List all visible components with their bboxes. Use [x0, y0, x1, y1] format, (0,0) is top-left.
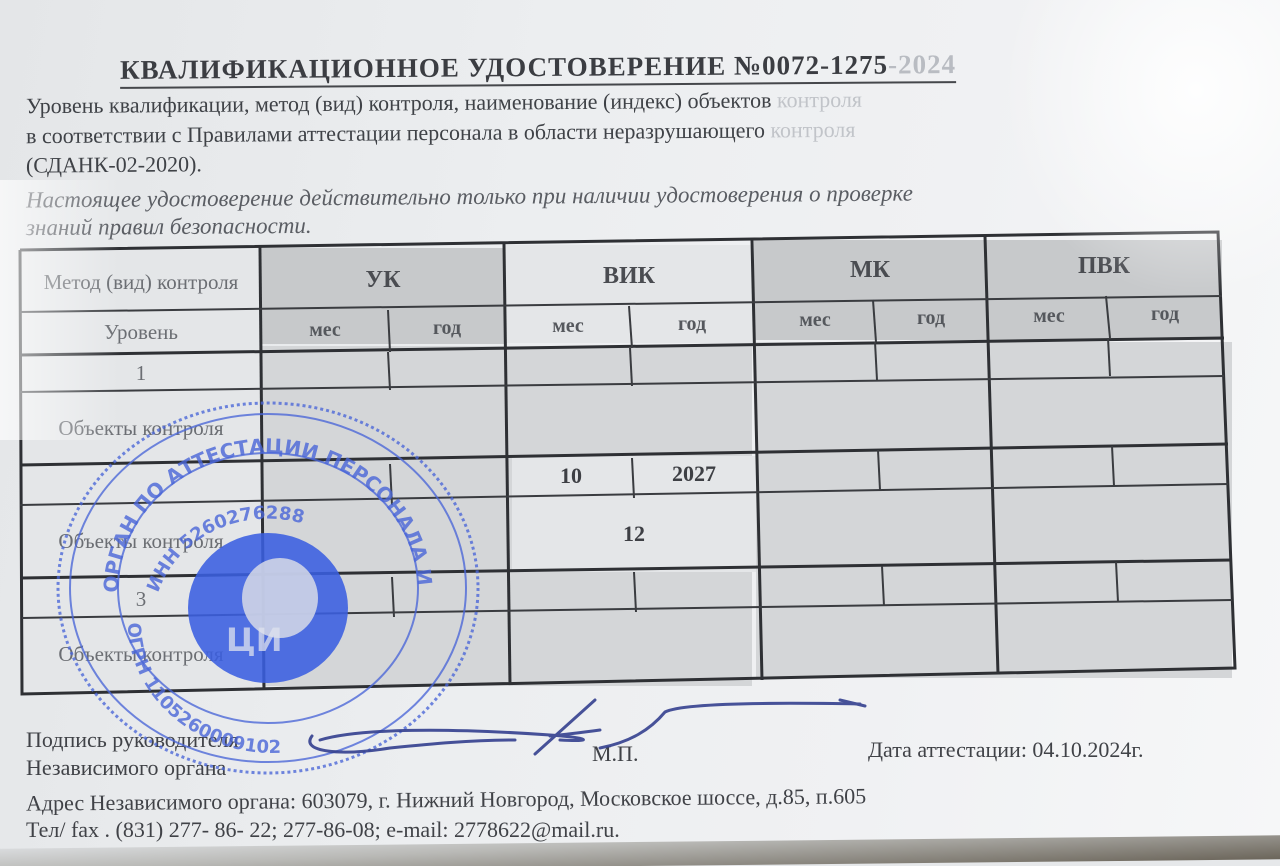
intro-text-faded: контроля — [777, 87, 862, 113]
light-glare-left — [0, 180, 120, 440]
seal-label: М.П. — [592, 741, 638, 767]
uk-year-header: год — [390, 308, 504, 348]
intro-text: в соответствии с Правилами аттестации пе… — [26, 117, 771, 148]
attestation-date: Дата аттестации: 04.10.2024г. — [868, 737, 1143, 763]
level-2-label — [24, 466, 258, 504]
certificate-year-suffix: -2024 — [888, 49, 956, 79]
level-3-label: 3 — [24, 580, 258, 618]
intro-text: (СДАНК-02-2020). — [26, 151, 202, 177]
mk-month-header: мес — [756, 300, 874, 340]
vik-level-2-objects: 12 — [512, 498, 756, 570]
intro-line-3: (СДАНК-02-2020). — [26, 150, 202, 179]
vik-year-header: год — [632, 304, 752, 344]
signature-label-line1: Подпись руководителя — [26, 727, 239, 753]
intro-text-faded: контроля — [770, 117, 855, 143]
intro-text: Уровень квалификации, метод (вид) контро… — [26, 87, 777, 118]
signature-label-line2: Независимого органа — [26, 755, 226, 781]
method-vik: ВИК — [506, 248, 752, 304]
certificate-title: КВАЛИФИКАЦИОННОЕ УДОСТОВЕРЕНИЕ №0072-127… — [120, 47, 956, 89]
authority-contacts: Тел/ fax . (831) 277- 86- 22; 277-86-08;… — [26, 817, 620, 843]
pvk-month-header: мес — [990, 296, 1108, 336]
vik-month-header: мес — [506, 306, 630, 346]
level-3-objects-label: Объекты контроля — [24, 618, 258, 690]
level-2-objects-label: Объекты контроля — [24, 505, 258, 577]
mk-year-header: год — [876, 298, 986, 338]
uk-month-header: мес — [262, 310, 388, 350]
method-mk: МК — [754, 242, 986, 298]
light-glare — [1000, 0, 1280, 300]
method-uk: УК — [262, 252, 504, 308]
certificate-number: КВАЛИФИКАЦИОННОЕ УДОСТОВЕРЕНИЕ №0072-127… — [120, 50, 888, 85]
vik-level-2-month: 10 — [510, 458, 632, 494]
pvk-year-header: год — [1110, 294, 1220, 334]
shade-body-right — [756, 342, 1232, 678]
vik-level-2-year: 2027 — [634, 456, 754, 492]
